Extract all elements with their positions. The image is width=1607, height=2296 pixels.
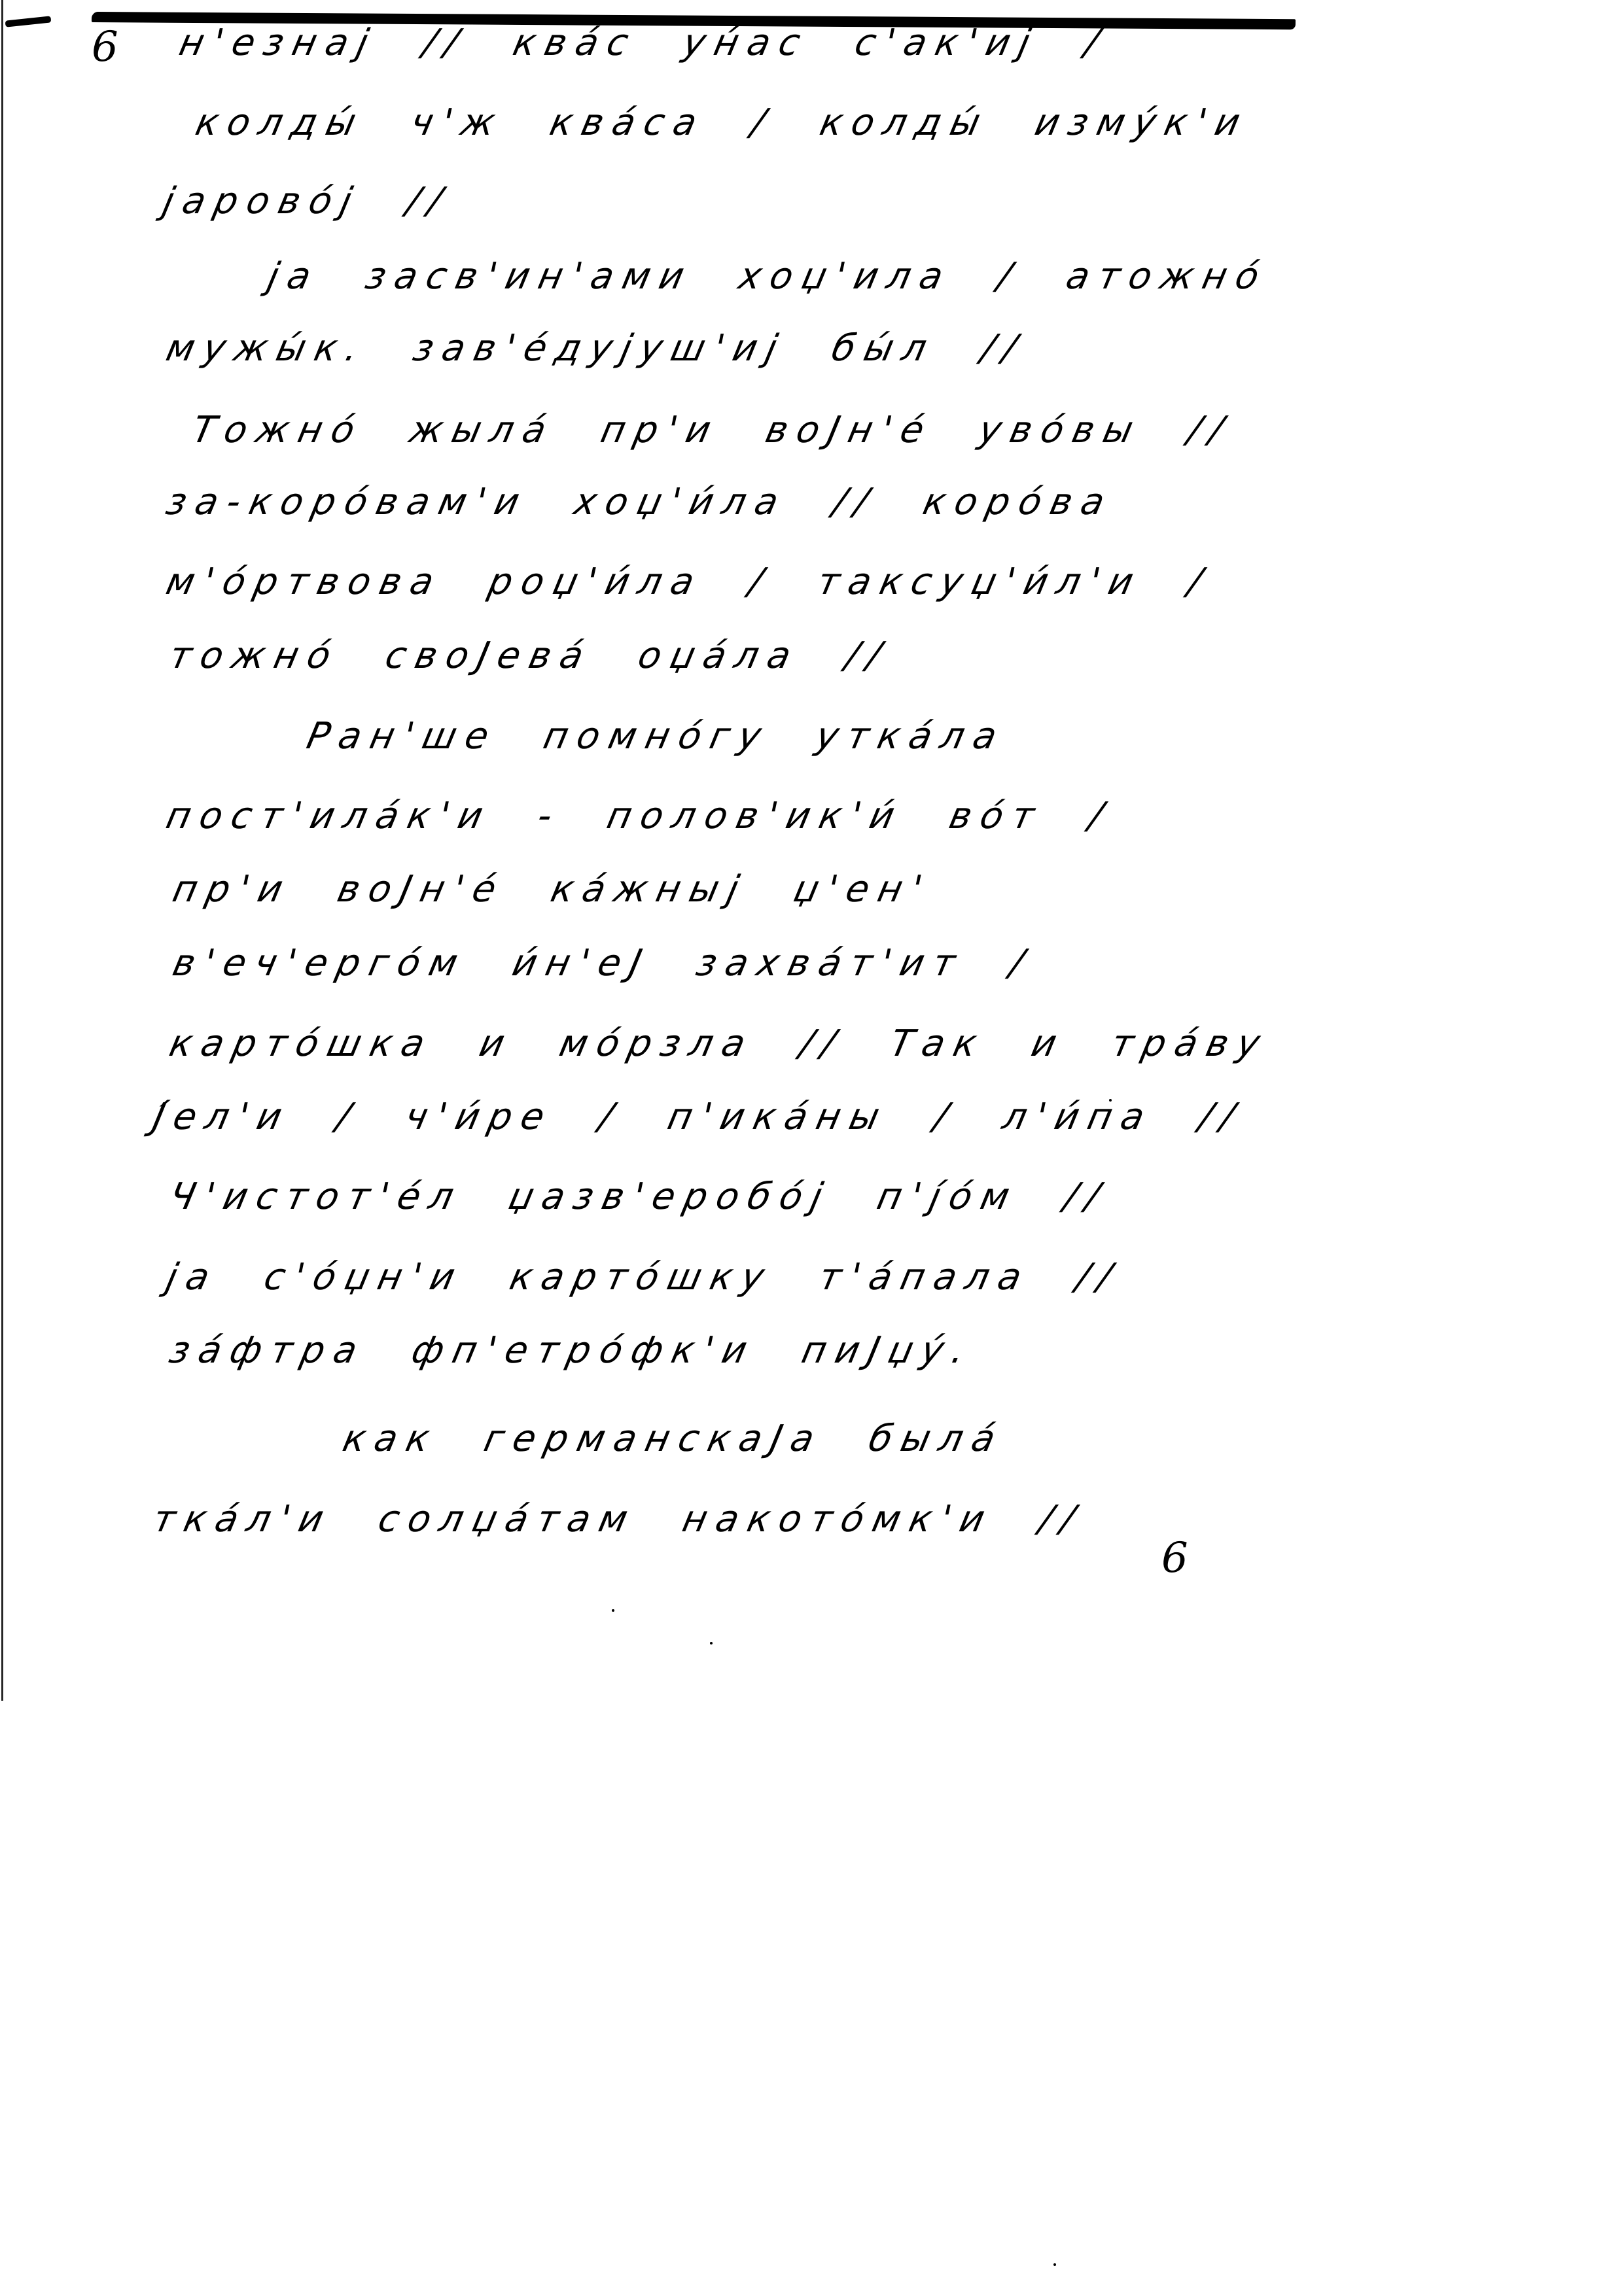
text-line-3: јарово́ј // <box>160 183 454 220</box>
text-line-19: как германскаЈа была́ <box>340 1421 1008 1457</box>
text-line-8: м'óртвова роџ'и́ла / таксуџ'и́л'и / <box>163 564 1214 600</box>
text-line-15: Ј́ел'и / ч'и́ре / п'икáны / л'и́па // <box>150 1099 1246 1136</box>
text-line-4: ја засв'ин'ами хоџ'ила / атожно́ <box>264 258 1271 295</box>
manuscript-page: 6 н'езнај // квáс ун́ас с'ак'иј / колды́… <box>0 0 1607 2296</box>
text-line-10: Ран'ше помнóгу уткáла <box>304 718 1009 755</box>
text-line-2: колды́ ч'ж квáса / колды́ изму́к'и <box>192 105 1252 141</box>
scan-speck <box>612 1609 614 1612</box>
text-line-17: ја с'óџн'и картóшку т'áпала // <box>163 1259 1123 1296</box>
scan-speck <box>710 1642 713 1644</box>
scan-speck <box>1109 1099 1112 1102</box>
text-line-6: Тожно́ жыла́ пр'и воЈн'е́ увóвы // <box>189 412 1235 449</box>
text-line-1: н'езнај // квáс ун́ас с'ак'иј / <box>176 25 1111 61</box>
scan-left-edge <box>1 0 3 1701</box>
page-number-top: 6 <box>92 26 118 68</box>
text-line-20: ткáл'и солџáтам накотóмк'и // <box>150 1501 1087 1538</box>
scan-speck <box>1053 2263 1056 2266</box>
text-line-5: мужы́к. зав'е́дујуш'иј бы́л // <box>163 330 1029 367</box>
page-number-bottom: 6 <box>1161 1537 1188 1579</box>
text-line-13: в'еч'ергóм и́н'еЈ захвáт'ит / <box>169 945 1036 982</box>
text-line-12: пр'и воЈн'е́ кáжныј џ'ен' <box>169 871 934 908</box>
scan-corner-mark <box>5 16 52 27</box>
text-line-9: тожно́ своЈева́ оџа́ла // <box>166 638 893 674</box>
text-line-7: за-корóвам'и хоџ'и́ла // корóва <box>163 484 1117 521</box>
text-line-18: зáфтра фп'етрóфк'и пиЈџу́. <box>166 1332 977 1369</box>
text-line-14: картóшка и мóрзла // Так и трáву <box>166 1026 1272 1062</box>
text-line-16: Ч'истот'е́л џазв'еробóј п'ј́óм // <box>166 1179 1112 1215</box>
text-line-11: пост'илáк'и - полов'ик'и́ вóт / <box>163 798 1115 835</box>
